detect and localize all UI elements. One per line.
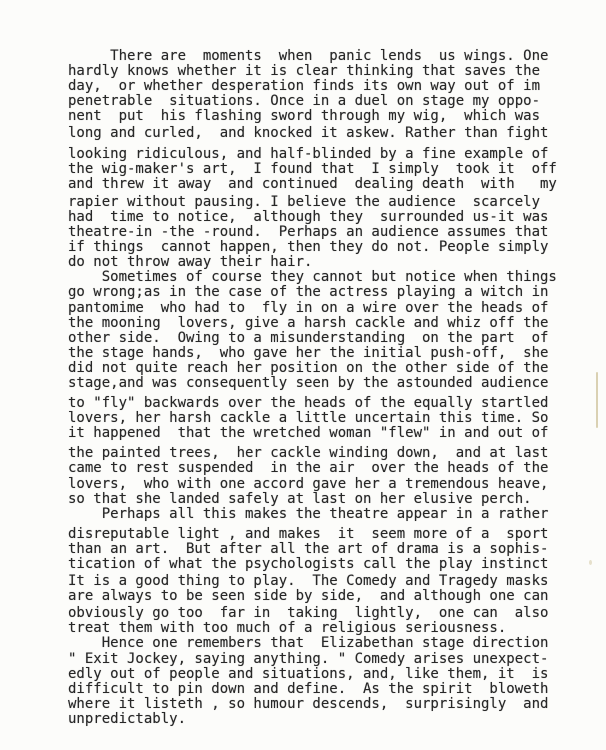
text-line: if things cannot happen, then they do no…	[68, 240, 557, 255]
text-line: theatre-in -the -round. Perhaps an audie…	[68, 225, 557, 240]
text-line: the painted trees, her cackle winding do…	[68, 446, 557, 461]
text-line: to "fly" backwards over the heads of the…	[68, 396, 557, 411]
text-line: disreputable light , and makes it seem m…	[68, 527, 557, 542]
text-line: " Exit Jockey, saying anything. " Comedy…	[68, 652, 557, 667]
text-line: lovers, who with one accord gave her a t…	[68, 477, 557, 492]
text-line: pantomime who had to fly in on a wire ov…	[68, 301, 557, 316]
text-line: Hence one remembers that Elizabethan sta…	[68, 636, 557, 651]
text-line: than an art. But after all the art of dr…	[68, 542, 557, 557]
text-line: It is a good thing to play. The Comedy a…	[68, 574, 557, 589]
text-line: penetrable situations. Once in a duel on…	[68, 94, 557, 109]
text-line: where it listeth , so humour descends, s…	[68, 697, 557, 712]
text-line: long and curled, and knocked it askew. R…	[68, 126, 557, 141]
text-line: nent put his flashing sword through my w…	[68, 109, 557, 124]
text-line: Sometimes of course they cannot but noti…	[68, 270, 557, 285]
text-line: stage,and was consequently seen by the a…	[68, 376, 557, 391]
text-line: day, or whether desperation finds its ow…	[68, 79, 557, 94]
text-line: the mooning lovers, give a harsh cackle …	[68, 316, 557, 331]
text-line: looking ridiculous, and half-blinded by …	[68, 147, 557, 162]
paragraph: There are moments when panic lends us wi…	[68, 49, 557, 270]
text-line: so that she landed safely at last on her…	[68, 492, 557, 507]
text-line: the wig-maker's art, I found that I simp…	[68, 162, 557, 177]
typewritten-page: There are moments when panic lends us wi…	[0, 0, 606, 750]
text-line: tication of what the psychologists call …	[68, 557, 557, 572]
text-line: are always to be seen side by side, and …	[68, 589, 557, 604]
text-line: hardly knows whether it is clear thinkin…	[68, 64, 557, 79]
text-line: lovers, her harsh cackle a little uncert…	[68, 411, 557, 426]
text-line: had time to notice, although they surrou…	[68, 210, 557, 225]
paragraph: Perhaps all this makes the theatre appea…	[68, 507, 557, 637]
text-line: the stage hands, who gave her the initia…	[68, 346, 557, 361]
text-line: go wrong;as in the case of the actress p…	[68, 285, 557, 300]
text-line: came to rest suspended in the air over t…	[68, 461, 557, 476]
text-line: unpredictably.	[68, 712, 557, 727]
text-line: did not quite reach her position on the …	[68, 361, 557, 376]
text-line: do not throw away their hair.	[68, 255, 557, 270]
text-line: obviously go too far in taking lightly, …	[68, 606, 557, 621]
text-line: difficult to pin down and define. As the…	[68, 682, 557, 697]
text-line: it happened that the wretched woman "fle…	[68, 426, 557, 441]
text-line: other side. Owing to a misunderstanding …	[68, 331, 557, 346]
body-text: There are moments when panic lends us wi…	[68, 49, 557, 727]
text-line: edly out of people and situations, and, …	[68, 667, 557, 682]
paragraph: Sometimes of course they cannot but noti…	[68, 270, 557, 506]
text-line: and threw it away and continued dealing …	[68, 177, 557, 192]
scan-artifact-line	[596, 372, 598, 428]
scan-artifact-dot	[589, 560, 592, 565]
text-line: treat them with too much of a religious …	[68, 621, 557, 636]
paragraph: Hence one remembers that Elizabethan sta…	[68, 636, 557, 727]
text-line: There are moments when panic lends us wi…	[68, 49, 557, 64]
text-line: rapier without pausing. I believe the au…	[68, 195, 557, 210]
text-line: Perhaps all this makes the theatre appea…	[68, 507, 557, 522]
